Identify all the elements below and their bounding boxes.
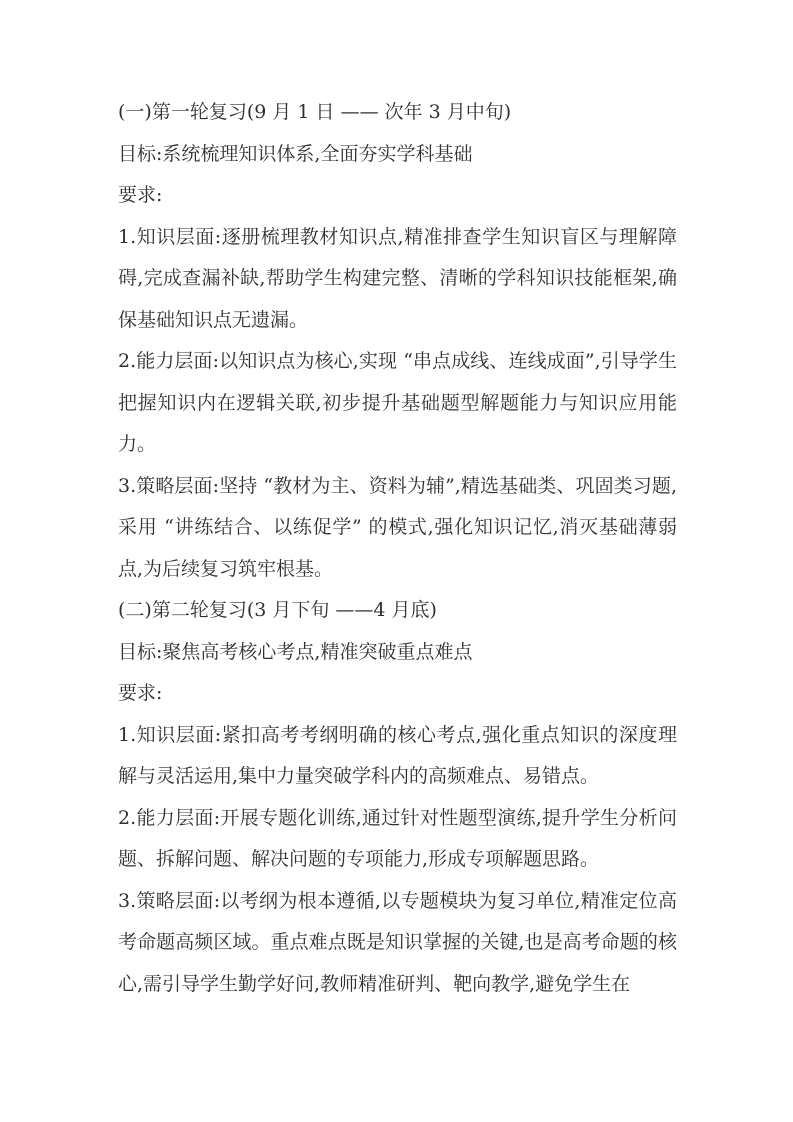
section-2-item-strategy: 3.策略层面:以考纲为根本遵循,以专题模块为复习单位,精准定位高考命题高频区域。…	[118, 881, 677, 1006]
section-1-item-strategy: 3.策略层面:坚持 “教材为主、资料为辅”,精选基础类、巩固类习题,采用 “讲练…	[118, 466, 677, 591]
section-2-goal: 目标:聚焦高考核心考点,精准突破重点难点	[118, 632, 677, 674]
section-2-item-ability: 2.能力层面:开展专题化训练,通过针对性题型演练,提升学生分析问题、拆解问题、解…	[118, 798, 677, 881]
review-round-2-section: (二)第二轮复习(3 月下旬 ——4 月底) 目标:聚焦高考核心考点,精准突破重…	[118, 590, 677, 1005]
section-1-item-ability: 2.能力层面:以知识点为核心,实现 “串点成线、连线成面”,引导学生把握知识内在…	[118, 341, 677, 466]
section-2-requirements-label: 要求:	[118, 673, 677, 715]
section-1-item-knowledge: 1.知识层面:逐册梳理教材知识点,精准排查学生知识盲区与理解障碍,完成查漏补缺,…	[118, 217, 677, 342]
section-1-requirements-label: 要求:	[118, 175, 677, 217]
document-page: (一)第一轮复习(9 月 1 日 —— 次年 3 月中旬) 目标:系统梳理知识体…	[0, 0, 793, 1122]
section-1-goal: 目标:系统梳理知识体系,全面夯实学科基础	[118, 134, 677, 176]
review-round-1-section: (一)第一轮复习(9 月 1 日 —— 次年 3 月中旬) 目标:系统梳理知识体…	[118, 92, 677, 590]
section-2-item-knowledge: 1.知识层面:紧扣高考考纲明确的核心考点,强化重点知识的深度理解与灵活运用,集中…	[118, 715, 677, 798]
section-1-heading: (一)第一轮复习(9 月 1 日 —— 次年 3 月中旬)	[118, 92, 677, 134]
section-2-heading: (二)第二轮复习(3 月下旬 ——4 月底)	[118, 590, 677, 632]
